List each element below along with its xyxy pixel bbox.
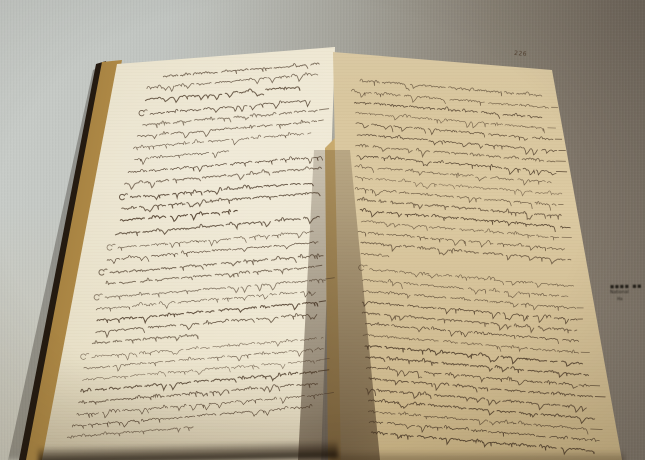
museum-label-title: ▪▪▪▪ ▪▪ bbox=[610, 282, 645, 291]
exhibit-photo: 226 ▪▪▪▪ ▪▪ National Ha bbox=[0, 0, 645, 460]
handwriting-ink-canvas bbox=[0, 0, 645, 460]
museum-label: ▪▪▪▪ ▪▪ National Ha bbox=[610, 282, 645, 302]
museum-label-line3: Ha bbox=[617, 296, 645, 302]
